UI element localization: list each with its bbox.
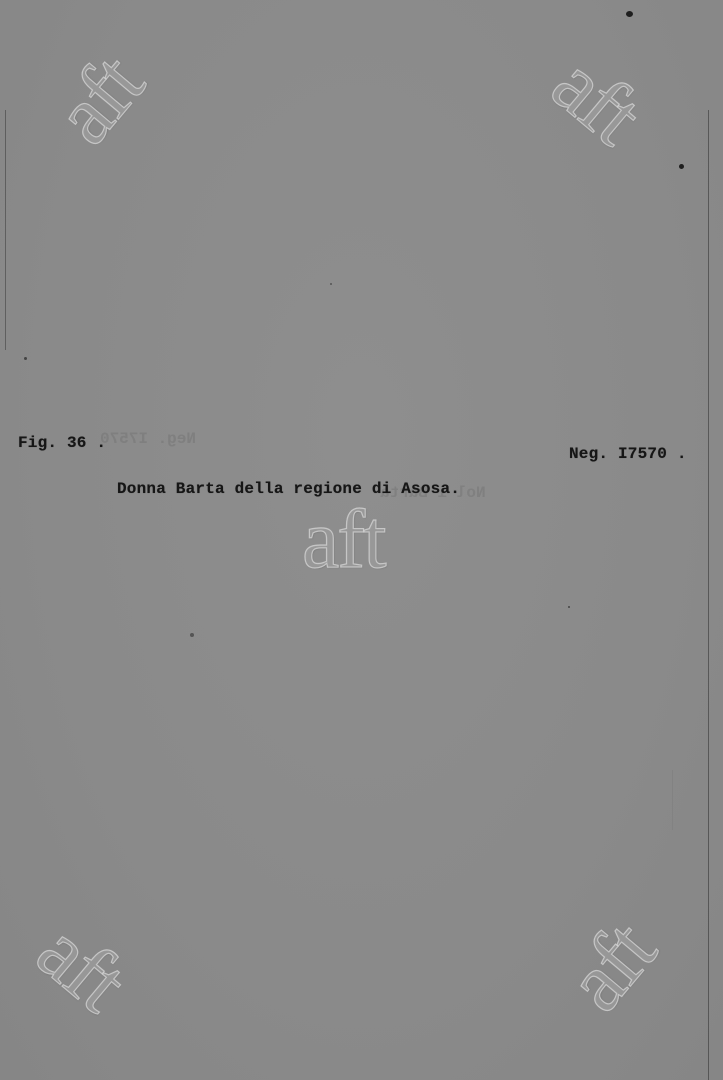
card-left-edge-line: [5, 110, 6, 350]
dust-speck: [24, 357, 27, 360]
dust-speck: [679, 164, 684, 169]
card-right-edge-line: [708, 110, 709, 1080]
dust-speck: [330, 283, 332, 285]
watermark-center: aft: [302, 498, 385, 582]
figure-label: Fig. 36 .: [18, 434, 106, 452]
dust-speck: [190, 633, 194, 637]
dust-speck: [568, 606, 570, 608]
bleed-through-text: Neg. I7570: [100, 430, 196, 448]
figure-caption: Donna Barta della regione di Asosa.: [117, 480, 460, 498]
negative-number-label: Neg. I7570 .: [569, 445, 687, 463]
watermark-bottom-right: aft: [553, 908, 670, 1025]
card-scratch-line: [672, 770, 673, 830]
watermark-top-right: aft: [538, 41, 655, 158]
archival-card: Neg. I7570 Nol i Barta aft aft aft aft a…: [0, 0, 723, 1080]
watermark-top-left: aft: [41, 41, 158, 158]
watermark-bottom-left: aft: [23, 908, 140, 1025]
dust-speck: [626, 11, 633, 17]
